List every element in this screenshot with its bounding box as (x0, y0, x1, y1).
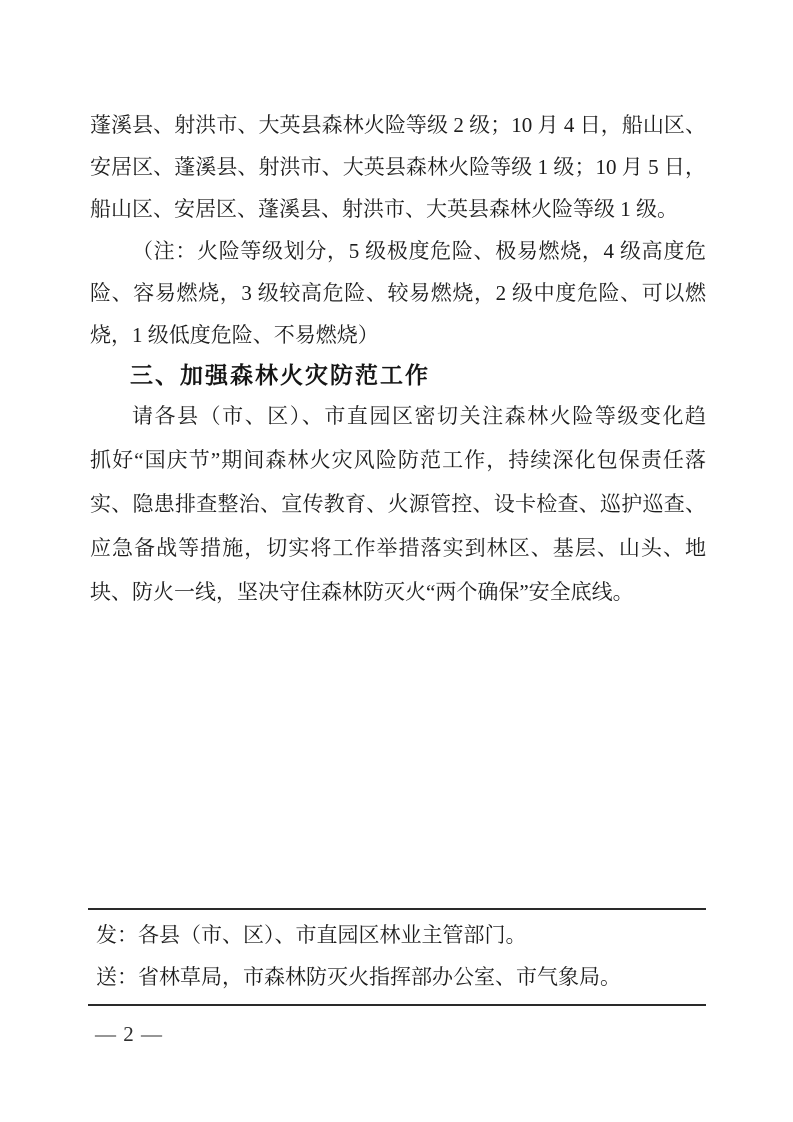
section-heading: 三、加强森林火灾防范工作 (90, 356, 706, 394)
note-paragraph-line-1: （注：火险等级划分，5 级极度危险、极易燃烧，4 级高度危 (90, 230, 706, 272)
footer-distribution-block: 发：各县（市、区）、市直园区林业主管部门。 送：省林草局，市森林防灭火指挥部办公… (88, 908, 706, 1006)
main-paragraph-line-1: 请各县（市、区）、市直园区密切关注森林火险等级变化趋势， (90, 394, 706, 438)
footer-issue-line: 发：各县（市、区）、市直园区林业主管部门。 (88, 914, 706, 956)
note-paragraph-line-2: 险、容易燃烧，3 级较高危险、较易燃烧，2 级中度危险、可以燃 (90, 272, 706, 314)
main-paragraph-line-2: 抓好“国庆节”期间森林火灾风险防范工作，持续深化包保责任落 (90, 438, 706, 482)
opening-paragraph-line-3: 船山区、安居区、蓬溪县、射洪市、大英县森林火险等级 1 级。 (90, 188, 706, 230)
opening-paragraph-line-1: 蓬溪县、射洪市、大英县森林火险等级 2 级；10 月 4 日，船山区、 (90, 104, 706, 146)
main-paragraph-line-5: 块、防火一线，坚决守住森林防灭火“两个确保”安全底线。 (90, 570, 706, 614)
note-paragraph-line-3: 烧，1 级低度危险、不易燃烧） (90, 314, 706, 356)
main-paragraph-line-4: 应急备战等措施，切实将工作举措落实到林区、基层、山头、地 (90, 526, 706, 570)
document-page: 蓬溪县、射洪市、大英县森林火险等级 2 级；10 月 4 日，船山区、 安居区、… (0, 0, 793, 1122)
document-body: 蓬溪县、射洪市、大英县森林火险等级 2 级；10 月 4 日，船山区、 安居区、… (90, 104, 706, 614)
page-number: — 2 — (95, 1022, 163, 1046)
main-paragraph-line-3: 实、隐患排查整治、宣传教育、火源管控、设卡检查、巡护巡查、 (90, 482, 706, 526)
footer-copy-line: 送：省林草局，市森林防灭火指挥部办公室、市气象局。 (88, 956, 706, 998)
opening-paragraph-line-2: 安居区、蓬溪县、射洪市、大英县森林火险等级 1 级；10 月 5 日， (90, 146, 706, 188)
